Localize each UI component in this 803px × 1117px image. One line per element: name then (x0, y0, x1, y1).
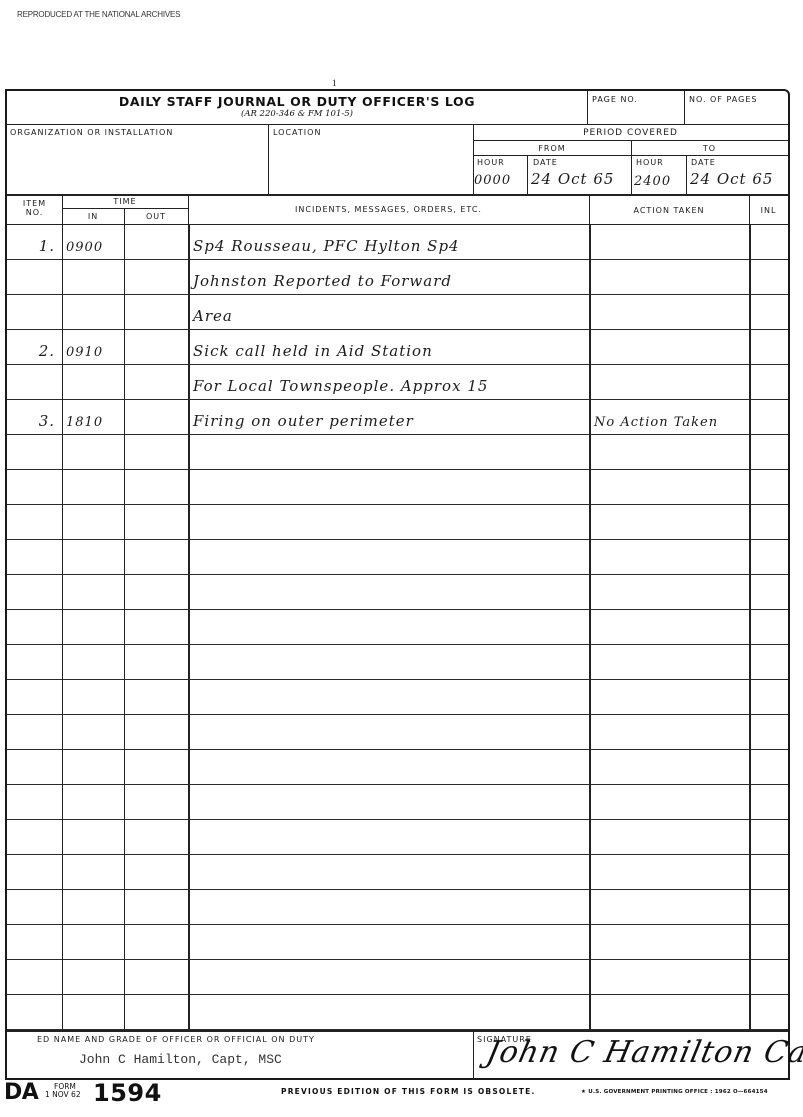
inl-cell[interactable] (753, 995, 787, 1029)
location-field[interactable] (271, 139, 471, 191)
table-row (7, 960, 788, 995)
location-label: LOCATION (273, 128, 321, 137)
item-no-cell[interactable] (11, 785, 61, 819)
action-taken-cell[interactable] (594, 925, 747, 959)
time-out-cell[interactable] (128, 540, 186, 574)
item-no-cell[interactable] (11, 435, 61, 469)
item-no-cell[interactable] (11, 960, 61, 994)
time-out-cell[interactable] (128, 995, 186, 1029)
divider (631, 140, 632, 194)
item-no-cell[interactable] (11, 680, 61, 714)
action-taken-header: ACTION TAKEN (589, 206, 749, 215)
time-in-cell[interactable]: 0910 (66, 330, 122, 364)
time-in-cell[interactable] (66, 295, 122, 329)
time-in-cell[interactable] (66, 820, 122, 854)
inl-cell[interactable] (753, 750, 787, 784)
incident-cell[interactable]: Firing on outer perimeter (193, 400, 587, 434)
time-out-cell[interactable] (128, 890, 186, 924)
item-no-cell[interactable] (11, 470, 61, 504)
inl-cell[interactable] (753, 610, 787, 644)
divider (62, 208, 188, 209)
incident-cell[interactable] (193, 575, 587, 609)
incident-cell[interactable] (193, 470, 587, 504)
incident-cell[interactable] (193, 505, 587, 539)
organization-field[interactable] (10, 139, 265, 191)
incident-cell[interactable]: For Local Townspeople. Approx 15 (193, 365, 587, 399)
to-date-value[interactable]: 24 Oct 65 (690, 170, 773, 188)
inl-cell[interactable] (753, 645, 787, 679)
time-out-cell[interactable] (128, 610, 186, 644)
time-in-cell[interactable] (66, 750, 122, 784)
inl-cell[interactable] (753, 365, 787, 399)
time-in-cell[interactable] (66, 925, 122, 959)
to-hour-value[interactable]: 2400 (634, 174, 671, 189)
incident-cell[interactable] (193, 960, 587, 994)
action-taken-cell[interactable] (594, 225, 747, 259)
action-taken-cell[interactable] (594, 680, 747, 714)
inl-cell[interactable] (753, 225, 787, 259)
time-out-cell[interactable] (128, 260, 186, 294)
divider (684, 91, 685, 124)
item-no-cell[interactable] (11, 855, 61, 889)
incident-cell[interactable] (193, 435, 587, 469)
item-no-header: ITEMNO. (7, 199, 62, 217)
time-in-cell[interactable] (66, 995, 122, 1029)
inl-cell[interactable] (753, 435, 787, 469)
form-da: DA (4, 1080, 38, 1105)
divider (7, 194, 788, 196)
action-taken-cell[interactable] (594, 610, 747, 644)
time-in-cell[interactable] (66, 960, 122, 994)
item-no-cell[interactable] (11, 890, 61, 924)
time-out-cell[interactable] (128, 435, 186, 469)
action-taken-cell[interactable] (594, 785, 747, 819)
incident-cell[interactable] (193, 610, 587, 644)
table-row (7, 470, 788, 505)
item-no-cell[interactable] (11, 925, 61, 959)
time-in-cell[interactable] (66, 855, 122, 889)
inl-cell[interactable] (753, 505, 787, 539)
time-in-cell[interactable] (66, 540, 122, 574)
table-row (7, 855, 788, 890)
divider (686, 155, 687, 194)
action-taken-cell-text: No Action Taken (594, 415, 718, 430)
incident-cell[interactable] (193, 820, 587, 854)
inl-cell[interactable] (753, 715, 787, 749)
table-row (7, 820, 788, 855)
inl-cell[interactable] (753, 925, 787, 959)
incident-cell[interactable] (193, 995, 587, 1029)
table-row: 3.1810Firing on outer perimeterNo Action… (7, 400, 788, 435)
table-row (7, 645, 788, 680)
time-in-cell[interactable] (66, 785, 122, 819)
table-row: 2.0910Sick call held in Aid Station (7, 330, 788, 365)
incident-cell[interactable]: Sick call held in Aid Station (193, 330, 587, 364)
from-date-label: DATE (533, 158, 558, 167)
staff-journal-form: DAILY STAFF JOURNAL OR DUTY OFFICER'S LO… (5, 89, 790, 1080)
table-row (7, 925, 788, 960)
time-in-cell[interactable]: 1810 (66, 400, 122, 434)
time-in-cell[interactable] (66, 505, 122, 539)
time-out-cell[interactable] (128, 575, 186, 609)
inl-cell[interactable] (753, 295, 787, 329)
table-row (7, 785, 788, 820)
table-row (7, 750, 788, 785)
time-in-cell[interactable] (66, 435, 122, 469)
time-out-cell[interactable] (128, 715, 186, 749)
item-no-cell[interactable]: 2. (11, 330, 61, 364)
time-in-cell[interactable] (66, 470, 122, 504)
time-out-cell[interactable] (128, 505, 186, 539)
time-out-cell[interactable] (128, 330, 186, 364)
time-in-header: IN (62, 212, 124, 221)
incident-cell[interactable] (193, 750, 587, 784)
top-mark: 1 (332, 78, 337, 88)
item-no-cell[interactable] (11, 575, 61, 609)
action-taken-cell[interactable] (594, 890, 747, 924)
action-taken-cell[interactable] (594, 470, 747, 504)
action-taken-cell[interactable] (594, 750, 747, 784)
time-out-cell[interactable] (128, 750, 186, 784)
inl-cell[interactable] (753, 400, 787, 434)
action-taken-cell[interactable]: No Action Taken (594, 400, 747, 434)
action-taken-cell[interactable] (594, 435, 747, 469)
incident-cell[interactable] (193, 540, 587, 574)
table-row (7, 995, 788, 1030)
no-of-pages-field[interactable] (686, 105, 784, 123)
time-out-cell[interactable] (128, 960, 186, 994)
table-row (7, 575, 788, 610)
incident-cell[interactable] (193, 715, 587, 749)
inl-cell[interactable] (753, 785, 787, 819)
organization-label: ORGANIZATION OR INSTALLATION (10, 128, 173, 137)
item-no-cell[interactable]: 1. (11, 225, 61, 259)
incident-cell-text: Sp4 Rousseau, PFC Hylton Sp4 (193, 237, 460, 255)
time-out-cell[interactable] (128, 295, 186, 329)
officer-name-value[interactable]: John C Hamilton, Capt, MSC (79, 1052, 282, 1067)
form-word: FORM1 NOV 62 (45, 1083, 81, 1099)
page-no-field[interactable] (589, 105, 683, 123)
action-taken-cell[interactable] (594, 645, 747, 679)
item-no-cell-text: 2. (39, 342, 55, 360)
to-hour-label: HOUR (636, 158, 664, 167)
time-header: TIME (62, 197, 188, 206)
time-out-cell[interactable] (128, 645, 186, 679)
table-row (7, 890, 788, 925)
from-label: FROM (473, 144, 631, 153)
inl-cell[interactable] (753, 575, 787, 609)
time-out-header: OUT (124, 212, 188, 221)
time-in-cell[interactable] (66, 575, 122, 609)
time-in-cell-text: 0900 (66, 240, 103, 255)
divider (7, 1030, 788, 1032)
time-in-cell[interactable] (66, 365, 122, 399)
time-in-cell-text: 0910 (66, 345, 103, 360)
form-title: DAILY STAFF JOURNAL OR DUTY OFFICER'S LO… (7, 94, 587, 109)
time-out-cell[interactable] (128, 680, 186, 714)
time-in-cell[interactable] (66, 680, 122, 714)
item-no-cell-text: 3. (39, 412, 55, 430)
table-row: 1.0900Sp4 Rousseau, PFC Hylton Sp4 (7, 225, 788, 260)
time-out-cell[interactable] (128, 820, 186, 854)
item-no-cell[interactable] (11, 750, 61, 784)
to-label: TO (631, 144, 788, 153)
divider (587, 91, 588, 124)
action-taken-cell[interactable] (594, 960, 747, 994)
time-out-cell[interactable] (128, 855, 186, 889)
incidents-header: INCIDENTS, MESSAGES, ORDERS, ETC. (188, 205, 589, 214)
action-taken-cell[interactable] (594, 260, 747, 294)
item-no-cell[interactable] (11, 295, 61, 329)
item-no-cell[interactable]: 3. (11, 400, 61, 434)
item-no-cell[interactable] (11, 820, 61, 854)
item-no-cell-text: 1. (39, 237, 55, 255)
signature-value[interactable]: John C Hamilton Capt. (483, 1035, 803, 1070)
item-no-cell[interactable] (11, 365, 61, 399)
incident-cell-text: Firing on outer perimeter (193, 412, 414, 430)
time-in-cell[interactable] (66, 890, 122, 924)
from-hour-label: HOUR (477, 158, 505, 167)
table-row (7, 540, 788, 575)
incident-cell[interactable]: Johnston Reported to Forward (193, 260, 587, 294)
previous-edition-note: PREVIOUS EDITION OF THIS FORM IS OBSOLET… (281, 1087, 536, 1096)
action-taken-cell[interactable] (594, 365, 747, 399)
incident-cell[interactable]: Sp4 Rousseau, PFC Hylton Sp4 (193, 225, 587, 259)
inl-cell[interactable] (753, 260, 787, 294)
time-in-cell[interactable] (66, 260, 122, 294)
incident-cell-text: Johnston Reported to Forward (193, 272, 452, 290)
item-no-cell[interactable] (11, 715, 61, 749)
action-taken-cell[interactable] (594, 540, 747, 574)
divider (527, 155, 528, 194)
divider (7, 124, 788, 125)
incident-cell-text: For Local Townspeople. Approx 15 (193, 377, 488, 395)
table-row: Johnston Reported to Forward (7, 260, 788, 295)
time-out-cell[interactable] (128, 225, 186, 259)
action-taken-cell[interactable] (594, 715, 747, 749)
incident-cell[interactable] (193, 645, 587, 679)
action-taken-cell[interactable] (594, 330, 747, 364)
inl-header: INL (749, 206, 788, 215)
action-taken-cell[interactable] (594, 855, 747, 889)
action-taken-cell[interactable] (594, 820, 747, 854)
incident-cell[interactable] (193, 855, 587, 889)
action-taken-cell[interactable] (594, 995, 747, 1029)
inl-cell[interactable] (753, 540, 787, 574)
divider (473, 1030, 474, 1080)
action-taken-cell[interactable] (594, 505, 747, 539)
incident-cell-text: Sick call held in Aid Station (193, 342, 433, 360)
incident-cell-text: Area (193, 307, 233, 325)
inl-cell[interactable] (753, 890, 787, 924)
form-subtitle: (AR 220-346 & FM 101-5) (7, 109, 587, 119)
action-taken-cell[interactable] (594, 575, 747, 609)
time-out-cell[interactable] (128, 365, 186, 399)
officer-name-label: ED NAME AND GRADE OF OFFICER OR OFFICIAL… (37, 1035, 315, 1044)
incident-cell[interactable] (193, 890, 587, 924)
to-date-label: DATE (691, 158, 716, 167)
from-date-value[interactable]: 24 Oct 65 (531, 170, 614, 188)
inl-cell[interactable] (753, 680, 787, 714)
incident-cell[interactable]: Area (193, 295, 587, 329)
time-out-cell[interactable] (128, 785, 186, 819)
item-no-cell[interactable] (11, 505, 61, 539)
time-out-cell[interactable] (128, 925, 186, 959)
item-no-cell[interactable] (11, 260, 61, 294)
time-in-cell[interactable] (66, 645, 122, 679)
time-out-cell[interactable] (128, 470, 186, 504)
inl-cell[interactable] (753, 820, 787, 854)
table-row (7, 715, 788, 750)
time-in-cell[interactable]: 0900 (66, 225, 122, 259)
incident-cell[interactable] (193, 785, 587, 819)
table-row: Area (7, 295, 788, 330)
item-no-cell[interactable] (11, 540, 61, 574)
item-no-cell[interactable] (11, 995, 61, 1029)
form-number: 1594 (93, 1079, 162, 1107)
item-no-cell[interactable] (11, 610, 61, 644)
no-of-pages-label: NO. OF PAGES (689, 95, 757, 104)
incident-cell[interactable] (193, 925, 587, 959)
inl-cell[interactable] (753, 470, 787, 504)
table-row: For Local Townspeople. Approx 15 (7, 365, 788, 400)
inl-cell[interactable] (753, 855, 787, 889)
printing-office-note: ★ U.S. GOVERNMENT PRINTING OFFICE : 1962… (581, 1089, 768, 1095)
action-taken-cell[interactable] (594, 295, 747, 329)
time-in-cell[interactable] (66, 715, 122, 749)
divider (268, 124, 269, 194)
inl-cell[interactable] (753, 330, 787, 364)
table-row (7, 610, 788, 645)
time-out-cell[interactable] (128, 400, 186, 434)
divider (473, 155, 788, 156)
inl-cell[interactable] (753, 960, 787, 994)
time-in-cell[interactable] (66, 610, 122, 644)
table-row (7, 505, 788, 540)
period-covered-label: PERIOD COVERED (473, 128, 788, 138)
incident-cell[interactable] (193, 680, 587, 714)
time-in-cell-text: 1810 (66, 415, 103, 430)
archive-note: REPRODUCED AT THE NATIONAL ARCHIVES (17, 10, 180, 19)
from-hour-value[interactable]: 0000 (474, 173, 511, 188)
table-row (7, 435, 788, 470)
item-no-cell[interactable] (11, 645, 61, 679)
page-no-label: PAGE NO. (592, 95, 638, 104)
table-row (7, 680, 788, 715)
